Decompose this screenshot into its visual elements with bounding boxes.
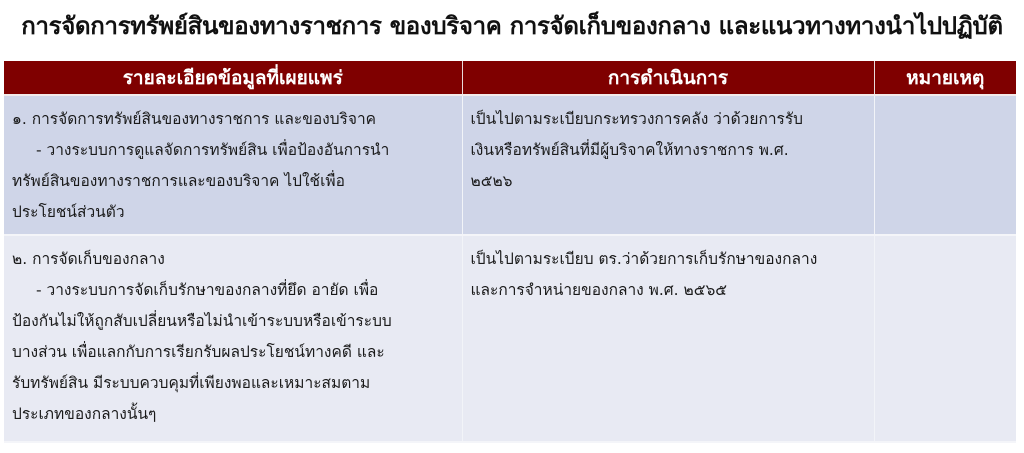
detail-line: - วางระบบการจัดเก็บรักษาของกลางที่ยึด อา…: [12, 275, 454, 306]
detail-cell: ๒. การจัดเก็บของกลาง - วางระบบการจัดเก็บ…: [4, 235, 462, 442]
table-header-row: รายละเอียดข้อมูลที่เผยแพร่ การดำเนินการ …: [4, 61, 1016, 95]
detail-line: ป้องกันไม่ให้ถูกสับเปลี่ยนหรือไม่นำเข้าร…: [12, 306, 454, 337]
detail-line: บางส่วน เพื่อแลกกับการเรียกรับผลประโยชน์…: [12, 337, 454, 368]
page-title: การจัดการทรัพย์สินของทางราชการ ของบริจาค…: [0, 4, 1024, 48]
action-line: เป็นไปตามระเบียบ ตร.ว่าด้วยการเก็บรักษาข…: [471, 244, 866, 275]
remark-cell: [874, 235, 1016, 442]
detail-line: - วางระบบการดูแลจัดการทรัพย์สิน เพื่อป้อ…: [12, 135, 454, 166]
action-line: เป็นไปตามระเบียบกระทรวงการคลัง ว่าด้วยกา…: [471, 104, 866, 135]
detail-line: ประเภทของกลางนั้นๆ: [12, 399, 454, 430]
action-cell: เป็นไปตามระเบียบ ตร.ว่าด้วยการเก็บรักษาข…: [462, 235, 874, 442]
action-line: และการจำหน่ายของกลาง พ.ศ. ๒๕๖๕: [471, 275, 866, 306]
table-row: ๑. การจัดการทรัพย์สินของทางราชการ และของ…: [4, 95, 1016, 235]
header-remark: หมายเหตุ: [874, 61, 1016, 95]
action-line: ๒๕๒๖: [471, 166, 866, 197]
header-detail: รายละเอียดข้อมูลที่เผยแพร่: [4, 61, 462, 95]
action-line: เงินหรือทรัพย์สินที่มีผู้บริจาคให้ทางราช…: [471, 135, 866, 166]
remark-cell: [874, 95, 1016, 235]
table-row: ๒. การจัดเก็บของกลาง - วางระบบการจัดเก็บ…: [4, 235, 1016, 442]
detail-cell: ๑. การจัดการทรัพย์สินของทางราชการ และของ…: [4, 95, 462, 235]
detail-heading: ๒. การจัดเก็บของกลาง: [12, 244, 454, 275]
disclosure-table: รายละเอียดข้อมูลที่เผยแพร่ การดำเนินการ …: [4, 61, 1016, 443]
header-action: การดำเนินการ: [462, 61, 874, 95]
detail-line: ประโยชน์ส่วนตัว: [12, 197, 454, 228]
detail-heading: ๑. การจัดการทรัพย์สินของทางราชการ และของ…: [12, 104, 454, 135]
action-cell: เป็นไปตามระเบียบกระทรวงการคลัง ว่าด้วยกา…: [462, 95, 874, 235]
detail-line: รับทรัพย์สิน มีระบบควบคุมที่เพียงพอและเห…: [12, 368, 454, 399]
detail-line: ทรัพย์สินของทางราชการและของบริจาค ไปใช้เ…: [12, 166, 454, 197]
